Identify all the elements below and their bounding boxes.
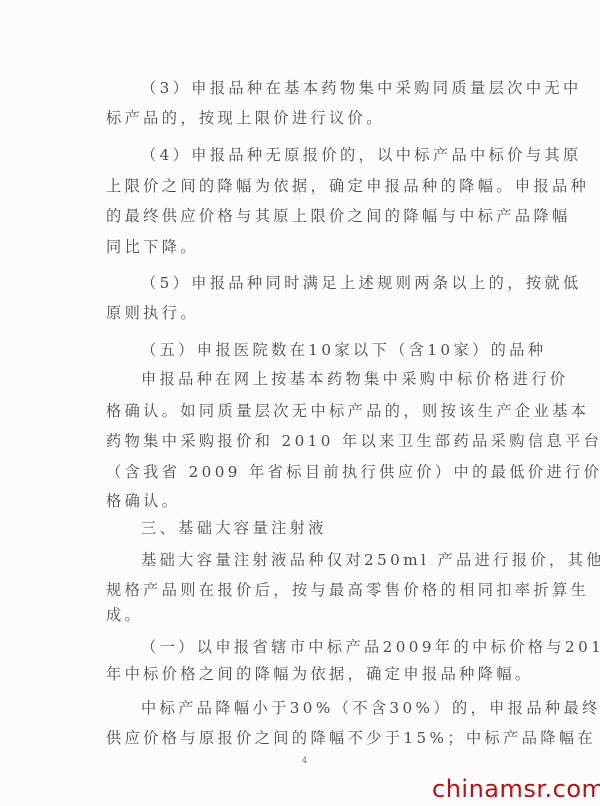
watermark: chinamsr.com [432,775,600,803]
paragraph-line: 标产品的，按现上限价进行议价。 [106,108,516,128]
paragraph-line: 的最终供应价格与其原上限价之间的降幅与中标产品降幅 [106,206,516,226]
paragraph-line: 基础大容量注射液品种仅对250ml 产品进行报价，其他 [141,550,551,570]
paragraph-line: 药物集中采购报价和 2010 年以来卫生部药品采购信息平台 [106,431,516,451]
paragraph-line: 格确认。如同质量层次无中标产品的，则按该生产企业基本 [106,401,516,421]
paragraph-line: 供应价格与原报价之间的降幅不少于15%；中标产品降幅在 [106,728,516,748]
paragraph-line: （含我省 2009 年省标目前执行供应价）中的最低价进行价 [106,462,516,482]
section-heading: （五）申报医院数在10家以下（含10家）的品种 [141,340,551,360]
document-page: （3）申报品种在基本药物集中采购同质量层次中无中 标产品的，按现上限价进行议价。… [0,0,600,806]
paragraph-line: （3）申报品种在基本药物集中采购同质量层次中无中 [141,78,551,98]
paragraph-line: 原则执行。 [106,303,516,323]
paragraph-line: 上限价之间的降幅为依据，确定申报品种的降幅。申报品种 [106,176,516,196]
paragraph-line: （一）以申报省辖市中标产品2009年的中标价格与2011 [141,637,551,657]
paragraph-line: 年中标价格之间的降幅为依据，确定申报品种降幅。 [106,664,516,684]
paragraph-line: （4）申报品种无原报价的，以中标产品中标价与其原 [141,145,551,165]
paragraph-line: 成。 [106,605,516,625]
paragraph-line: 同比下降。 [106,237,516,257]
section-heading: 三、基础大容量注射液 [141,518,551,538]
paragraph-line: 中标产品降幅小于30%（不含30%）的，申报品种最终 [141,698,551,718]
paragraph-line: （5）申报品种同时满足上述规则两条以上的，按就低 [141,273,551,293]
page-number: 4 [302,756,307,765]
paragraph-line: 格确认。 [106,491,516,511]
paragraph-line: 规格产品则在报价后，按与最高零售价格的相同扣率折算生 [106,580,516,600]
paragraph-line: 申报品种在网上按基本药物集中采购中标价格进行价 [141,369,551,389]
